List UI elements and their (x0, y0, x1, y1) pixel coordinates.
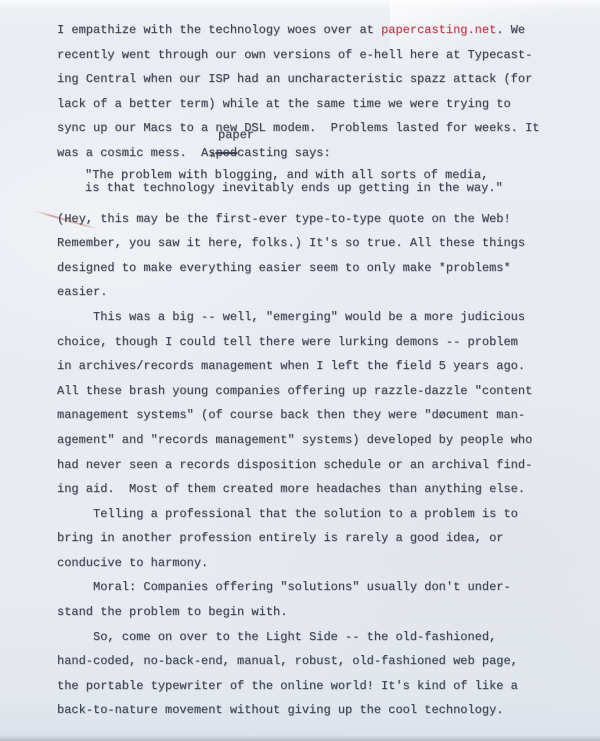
text-line: So, come on over to the Light Side -- th… (57, 625, 557, 650)
text-line: ing Central when our ISP had an uncharac… (57, 67, 557, 92)
text-line-with-correction: was a cosmic mess. Aspodcasting says:pap… (57, 141, 557, 166)
text-line: in archives/records management when I le… (57, 354, 557, 379)
paragraph-intro: I empathize with the technology woes ove… (57, 18, 557, 166)
text-line: This was a big -- well, "emerging" would… (57, 305, 557, 330)
paragraph-telling-professional: Telling a professional that the solution… (57, 502, 557, 576)
text-line: easier. (57, 280, 557, 305)
text-line: bring in another profession entirely is … (57, 526, 557, 551)
text-line: the portable typewriter of the online wo… (57, 674, 557, 699)
text-line: lack of a better term) while at the same… (57, 92, 557, 117)
blockquote: "The problem with blogging, and with all… (57, 169, 557, 195)
text-line: back-to-nature movement without giving u… (57, 698, 557, 723)
text-line: Remember, you saw it here, folks.) It's … (57, 231, 557, 256)
caret-insertion-mark: ∧ (210, 150, 215, 160)
text-line: designed to make everything easier seem … (57, 256, 557, 281)
line-text: casting says: (237, 146, 331, 160)
scan-bottom-edge (0, 735, 600, 741)
paragraph-light-side: So, come on over to the Light Side -- th… (57, 625, 557, 723)
text-line: hand-coded, no-back-end, manual, robust,… (57, 649, 557, 674)
text-line: Moral: Companies offering "solutions" us… (57, 575, 557, 600)
text-line: management systems" (of course back then… (57, 403, 557, 428)
text-line: choice, though I could tell there were l… (57, 330, 557, 355)
quote-line: "The problem with blogging, and with all… (85, 169, 557, 182)
inserted-correction-word: paper (218, 129, 254, 141)
typewritten-text: I empathize with the technology woes ove… (57, 18, 557, 723)
quote-line: is that technology inevitably ends up ge… (85, 182, 557, 195)
paragraph-moral: Moral: Companies offering "solutions" us… (57, 575, 557, 624)
text-line: conducive to harmony. (57, 551, 557, 576)
text-line: All these brash young companies offering… (57, 379, 557, 404)
text-line: stand the problem to begin with. (57, 600, 557, 625)
scanned-typewritten-page: I empathize with the technology woes ove… (0, 0, 600, 741)
papercasting-link[interactable]: papercasting.net (381, 23, 496, 37)
text-line: sync up our Macs to a new DSL modem. Pro… (57, 116, 557, 141)
scan-top-edge (0, 0, 600, 9)
text-line: (Hey, this may be the first-ever type-to… (57, 207, 557, 232)
line-text: was a cosmic mess. As (57, 146, 215, 160)
text-line: agement" and "records management" system… (57, 428, 557, 453)
line-text: . We (496, 23, 525, 37)
paragraph-commentary: (Hey, this may be the first-ever type-to… (57, 207, 557, 305)
text-line: recently went through our own versions o… (57, 43, 557, 68)
text-line: had never seen a records disposition sch… (57, 453, 557, 478)
line-text: I empathize with the technology woes ove… (57, 23, 381, 37)
text-line: Telling a professional that the solution… (57, 502, 557, 527)
text-line: I empathize with the technology woes ove… (57, 18, 557, 43)
text-line: ing aid. Most of them created more heada… (57, 477, 557, 502)
paragraph-records-management: This was a big -- well, "emerging" would… (57, 305, 557, 502)
strikethrough-text: pod (215, 146, 237, 160)
